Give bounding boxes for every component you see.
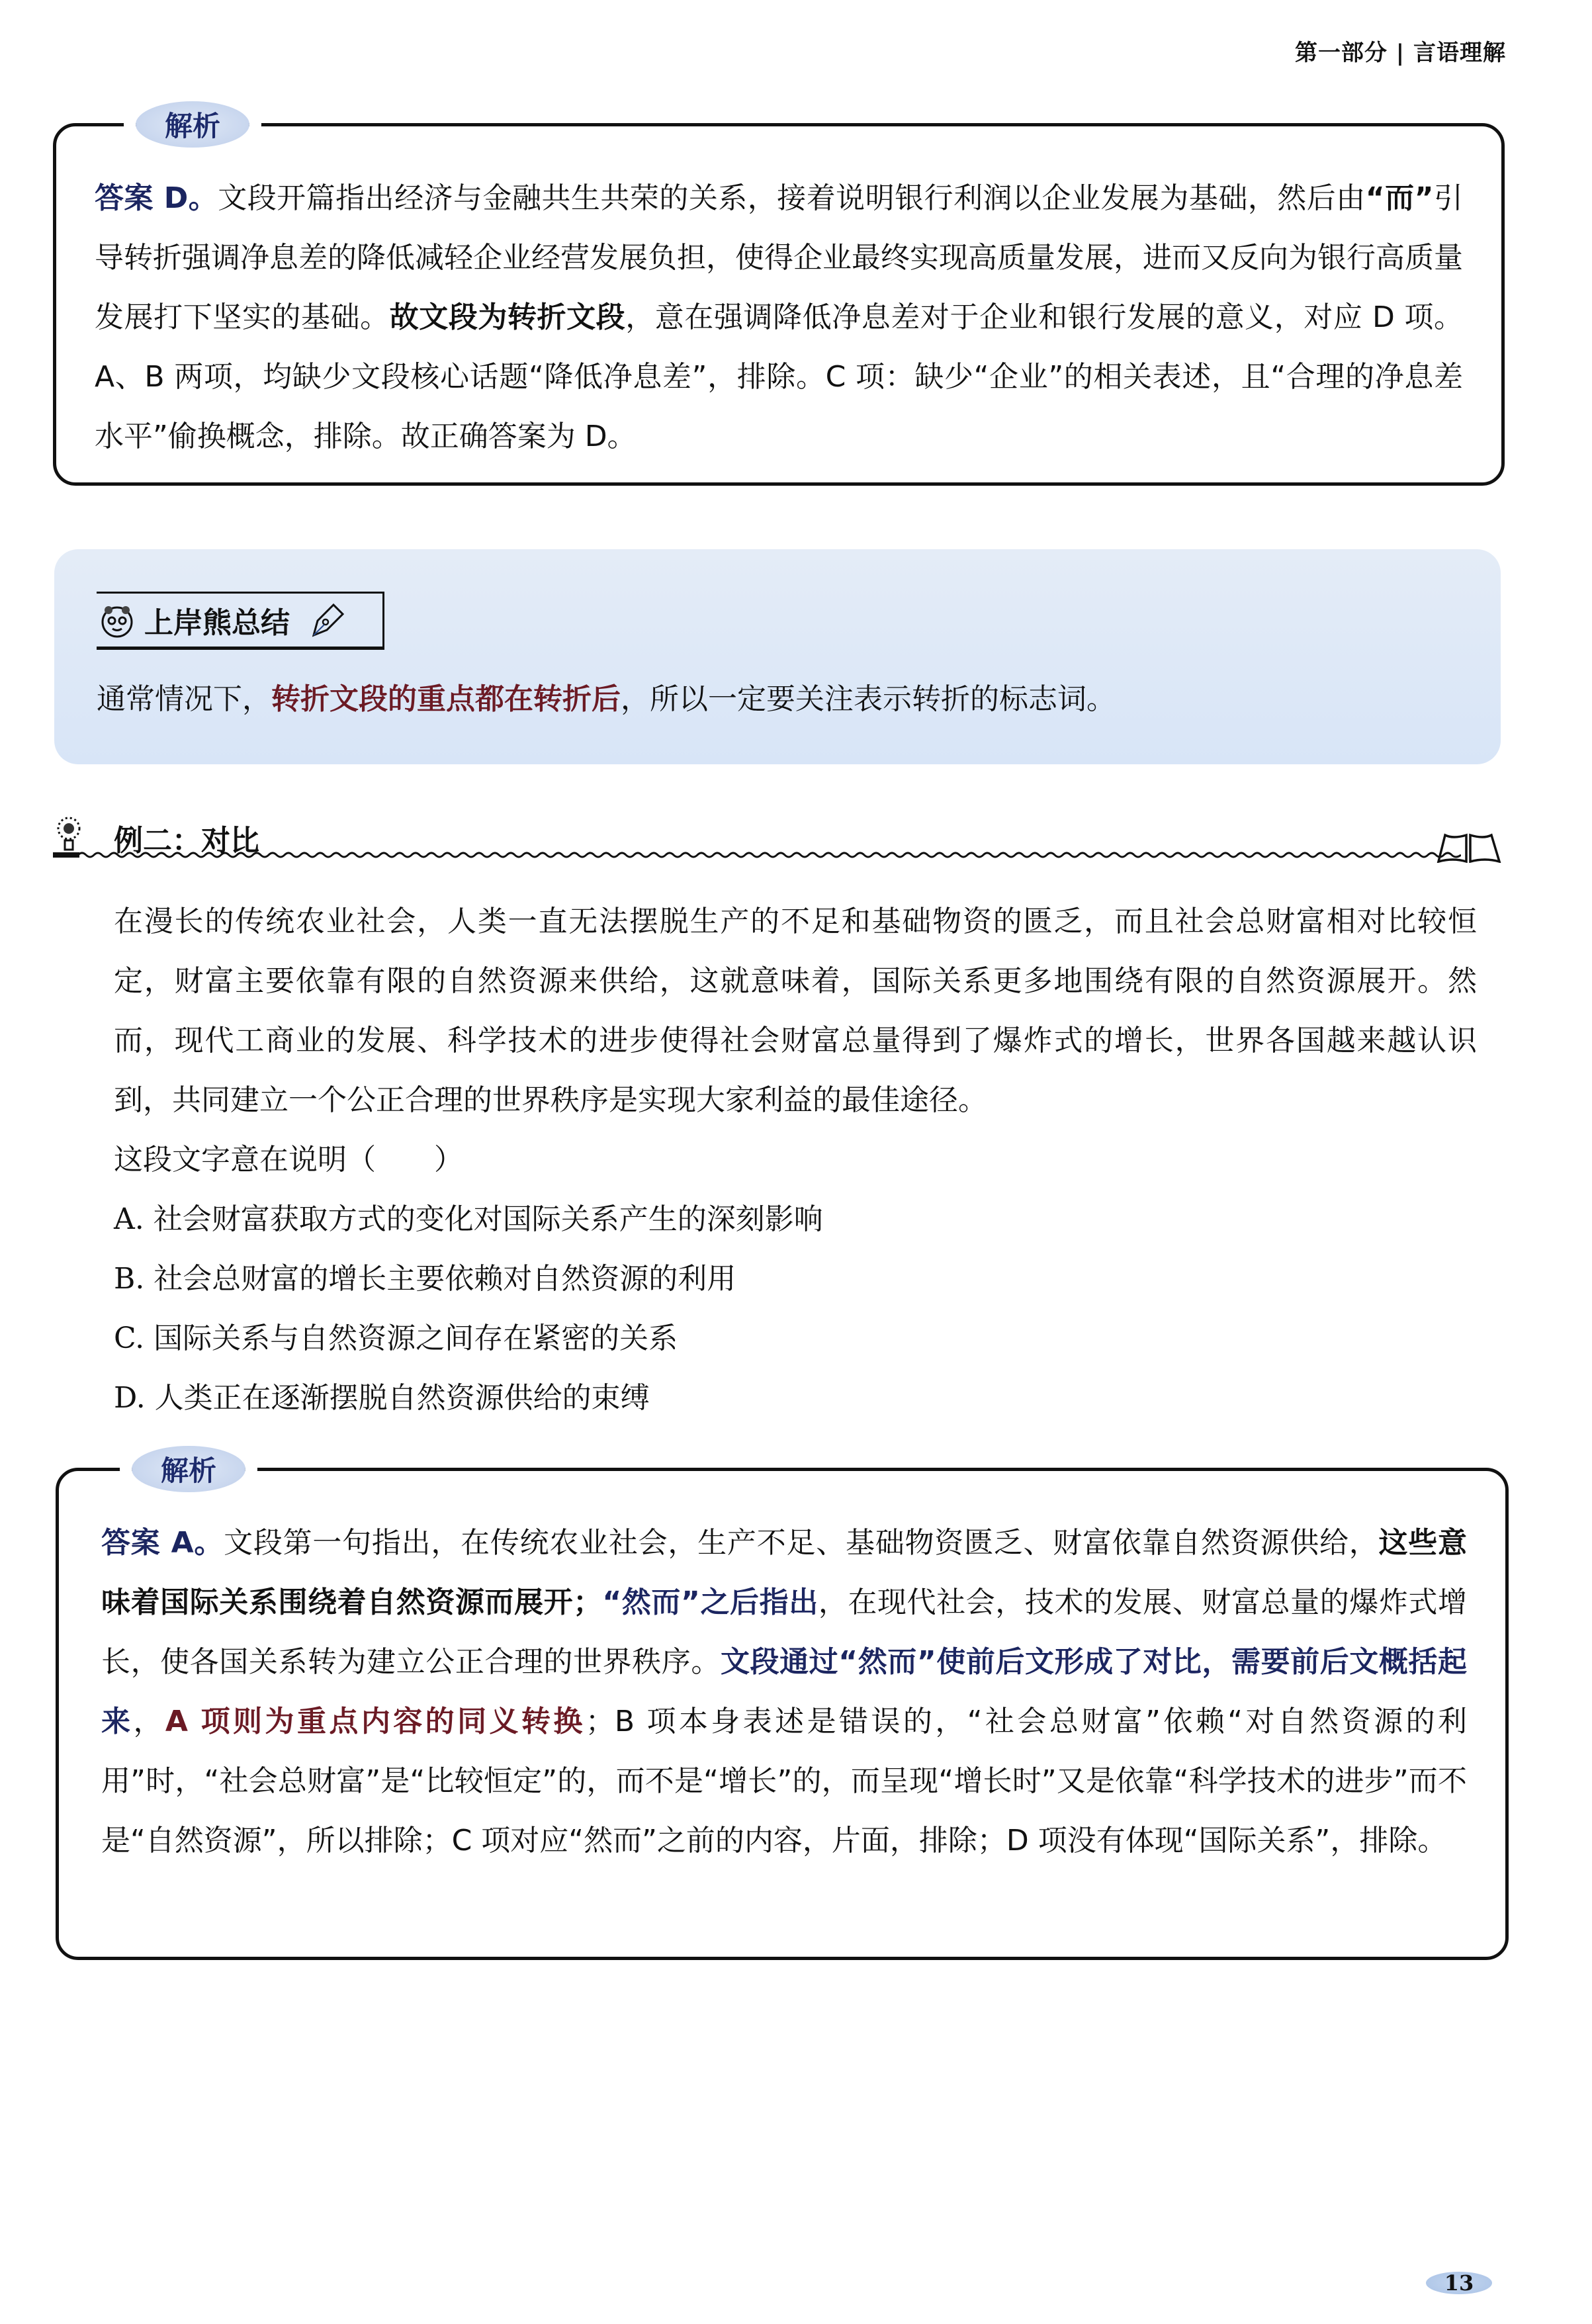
- analysis-sentence: 文段开篇指出经济与金融共生共荣的关系，接着说明银行利润以企业发展为基础，然后由: [218, 181, 1366, 215]
- page-number: 13: [1426, 2272, 1492, 2294]
- analysis-keyword: “然而”之后指出: [602, 1586, 818, 1619]
- summary-title: 上岸熊总结: [97, 592, 384, 650]
- wavy-divider: [78, 850, 1461, 860]
- bear-icon: [99, 602, 135, 638]
- running-header: 第一部分 | 言语理解: [1295, 34, 1506, 67]
- example-heading: 例二：对比: [53, 813, 1509, 866]
- question-stem: 这段文字意在说明（ ）: [114, 1130, 1477, 1190]
- option-d[interactable]: D. 人类正在逐渐摆脱自然资源供给的束缚: [114, 1368, 1477, 1428]
- summary-box: 上岸熊总结 通常情况下，转折文段的重点都在转折后，所以一定要关注表示转折的标志词…: [54, 549, 1501, 764]
- analysis-punct: ，: [133, 1705, 165, 1738]
- summary-text-after: ，所以一定要关注表示转折的标志词。: [621, 682, 1116, 716]
- answer-label: 答案 A。: [101, 1526, 224, 1560]
- analysis-text: 答案 A。文段第一句指出，在传统农业社会，生产不足、基础物资匮乏、财富依靠自然资…: [59, 1471, 1505, 1871]
- option-b[interactable]: B. 社会总财富的增长主要依赖对自然资源的利用: [114, 1249, 1477, 1309]
- analysis-highlight: A 项则为重点内容的同义转换: [165, 1705, 586, 1738]
- summary-text-before: 通常情况下，: [97, 682, 271, 716]
- analysis-sentence: 文段第一句指出，在传统农业社会，生产不足、基础物资匮乏、财富依靠自然资源供给，: [224, 1526, 1378, 1560]
- analysis-box-1: 解析 答案 D。文段开篇指出经济与金融共生共荣的关系，接着说明银行利润以企业发展…: [53, 123, 1505, 486]
- pen-icon: [308, 601, 347, 639]
- analysis-text: 答案 D。文段开篇指出经济与金融共生共荣的关系，接着说明银行利润以企业发展为基础…: [56, 126, 1501, 467]
- option-a[interactable]: A. 社会财富获取方式的变化对国际关系产生的深刻影响: [114, 1190, 1477, 1249]
- analysis-emphasis: 故文段为转折文段: [390, 300, 626, 334]
- question-block: 在漫长的传统农业社会，人类一直无法摆脱生产的不足和基础物资的匮乏，而且社会总财富…: [114, 892, 1477, 1428]
- open-book-icon: [1436, 832, 1502, 863]
- summary-text: 通常情况下，转折文段的重点都在转折后，所以一定要关注表示转折的标志词。: [97, 675, 1116, 717]
- summary-highlight: 转折文段的重点都在转折后: [271, 682, 621, 716]
- answer-label: 答案 D。: [95, 181, 218, 215]
- analysis-box-2: 解析 答案 A。文段第一句指出，在传统农业社会，生产不足、基础物资匮乏、财富依靠…: [56, 1468, 1509, 1960]
- option-c[interactable]: C. 国际关系与自然资源之间存在紧密的关系: [114, 1309, 1477, 1368]
- analysis-keyword: “而”: [1366, 181, 1434, 215]
- analysis-tag: 解析: [132, 1446, 245, 1492]
- summary-title-text: 上岸熊总结: [144, 599, 290, 641]
- question-passage: 在漫长的传统农业社会，人类一直无法摆脱生产的不足和基础物资的匮乏，而且社会总财富…: [114, 892, 1477, 1130]
- analysis-tag: 解析: [136, 101, 249, 148]
